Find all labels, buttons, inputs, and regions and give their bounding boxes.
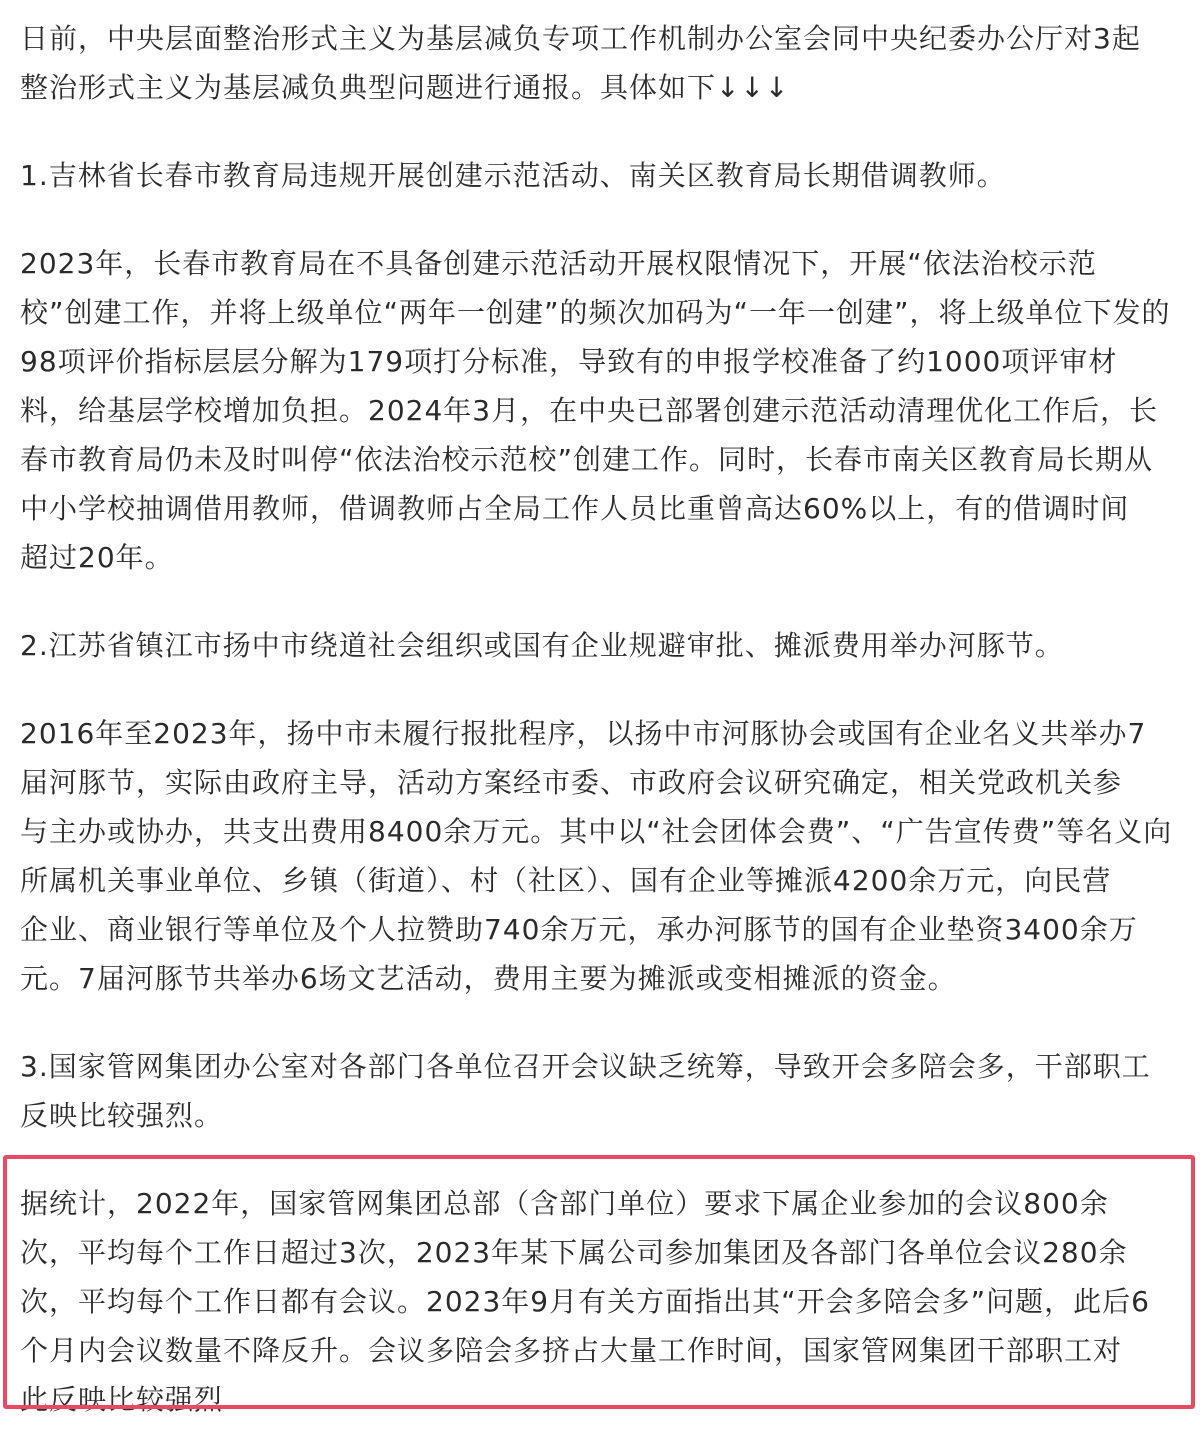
text-line: 元。7届河豚节共举办6场文艺活动，费用主要为摊派或变相摊派的资金。 xyxy=(20,954,1190,1003)
text-line: 98项评价指标层层分解为179项打分标准，导致有的申报学校准备了约1000项评审… xyxy=(20,337,1190,386)
text-line: 中小学校抽调借用教师，借调教师占全局工作人员比重曾高达60%以上，有的借调时间 xyxy=(20,484,1190,533)
text-line: 1.吉林省长春市教育局违规开展创建示范活动、南关区教育局长期借调教师。 xyxy=(20,151,1190,200)
text-line: 所属机关事业单位、乡镇（街道）、村（社区）、国有企业等摊派4200余万元，向民营 xyxy=(20,856,1190,905)
text-line: 据统计，2022年，国家管网集团总部（含部门单位）要求下属企业参加的会议800余 xyxy=(20,1179,1190,1228)
text-line: 个月内会议数量不降反升。会议多陪会多挤占大量工作时间，国家管网集团干部职工对 xyxy=(20,1326,1190,1375)
text-line: 2023年，长春市教育局在不具备创建示范活动开展权限情况下，开展“依法治校示范 xyxy=(20,239,1190,288)
text-line: 2.江苏省镇江市扬中市绕道社会组织或国有企业规避审批、摊派费用举办河豚节。 xyxy=(20,621,1190,670)
text-line: 日前，中央层面整治形式主义为基层减负专项工作机制办公室会同中央纪委办公厅对3起 xyxy=(20,14,1190,63)
text-line: 超过20年。 xyxy=(20,533,1190,582)
text-line: 次，平均每个工作日都有会议。2023年9月有关方面指出其“开会多陪会多”问题，此… xyxy=(20,1277,1190,1326)
case-1-body: 2023年，长春市教育局在不具备创建示范活动开展权限情况下，开展“依法治校示范 … xyxy=(20,239,1190,582)
article: 日前，中央层面整治形式主义为基层减负专项工作机制办公室会同中央纪委办公厅对3起 … xyxy=(20,14,1190,1456)
text-line: 春市教育局仍未及时叫停“依法治校示范校”创建工作。同时，长春市南关区教育局长期从 xyxy=(20,435,1190,484)
case-3-body-highlighted: 据统计，2022年，国家管网集团总部（含部门单位）要求下属企业参加的会议800余… xyxy=(20,1179,1190,1424)
text-line: 3.国家管网集团办公室对各部门各单位召开会议缺乏统筹，导致开会多陪会多，干部职工 xyxy=(20,1042,1190,1091)
text-line: 届河豚节，实际由政府主导，活动方案经市委、市政府会议研究确定，相关党政机关参 xyxy=(20,758,1190,807)
text-line: 2016年至2023年，扬中市未履行报批程序，以扬中市河豚协会或国有企业名义共举… xyxy=(20,709,1190,758)
text-line: 料，给基层学校增加负担。2024年3月，在中央已部署创建示范活动清理优化工作后，… xyxy=(20,386,1190,435)
text-line: 反映比较强烈。 xyxy=(20,1091,1190,1140)
text-line: 与主办或协办，共支出费用8400余万元。其中以“社会团体会费”、“广告宣传费”等… xyxy=(20,807,1190,856)
intro-paragraph: 日前，中央层面整治形式主义为基层减负专项工作机制办公室会同中央纪委办公厅对3起 … xyxy=(20,14,1190,112)
text-line: 校”创建工作，并将上级单位“两年一创建”的频次加码为“一年一创建”，将上级单位下… xyxy=(20,288,1190,337)
case-2-heading: 2.江苏省镇江市扬中市绕道社会组织或国有企业规避审批、摊派费用举办河豚节。 xyxy=(20,621,1190,670)
case-1-heading: 1.吉林省长春市教育局违规开展创建示范活动、南关区教育局长期借调教师。 xyxy=(20,151,1190,200)
text-line: 整治形式主义为基层减负典型问题进行通报。具体如下↓↓↓ xyxy=(20,63,1190,112)
text-line: 企业、商业银行等单位及个人拉赞助740余万元，承办河豚节的国有企业垫资3400余… xyxy=(20,905,1190,954)
text-line: 此反映比较强烈 xyxy=(20,1375,1190,1424)
case-2-body: 2016年至2023年，扬中市未履行报批程序，以扬中市河豚协会或国有企业名义共举… xyxy=(20,709,1190,1003)
case-3-heading: 3.国家管网集团办公室对各部门各单位召开会议缺乏统筹，导致开会多陪会多，干部职工… xyxy=(20,1042,1190,1140)
text-line: 次，平均每个工作日超过3次，2023年某下属公司参加集团及各部门各单位会议280… xyxy=(20,1228,1190,1277)
